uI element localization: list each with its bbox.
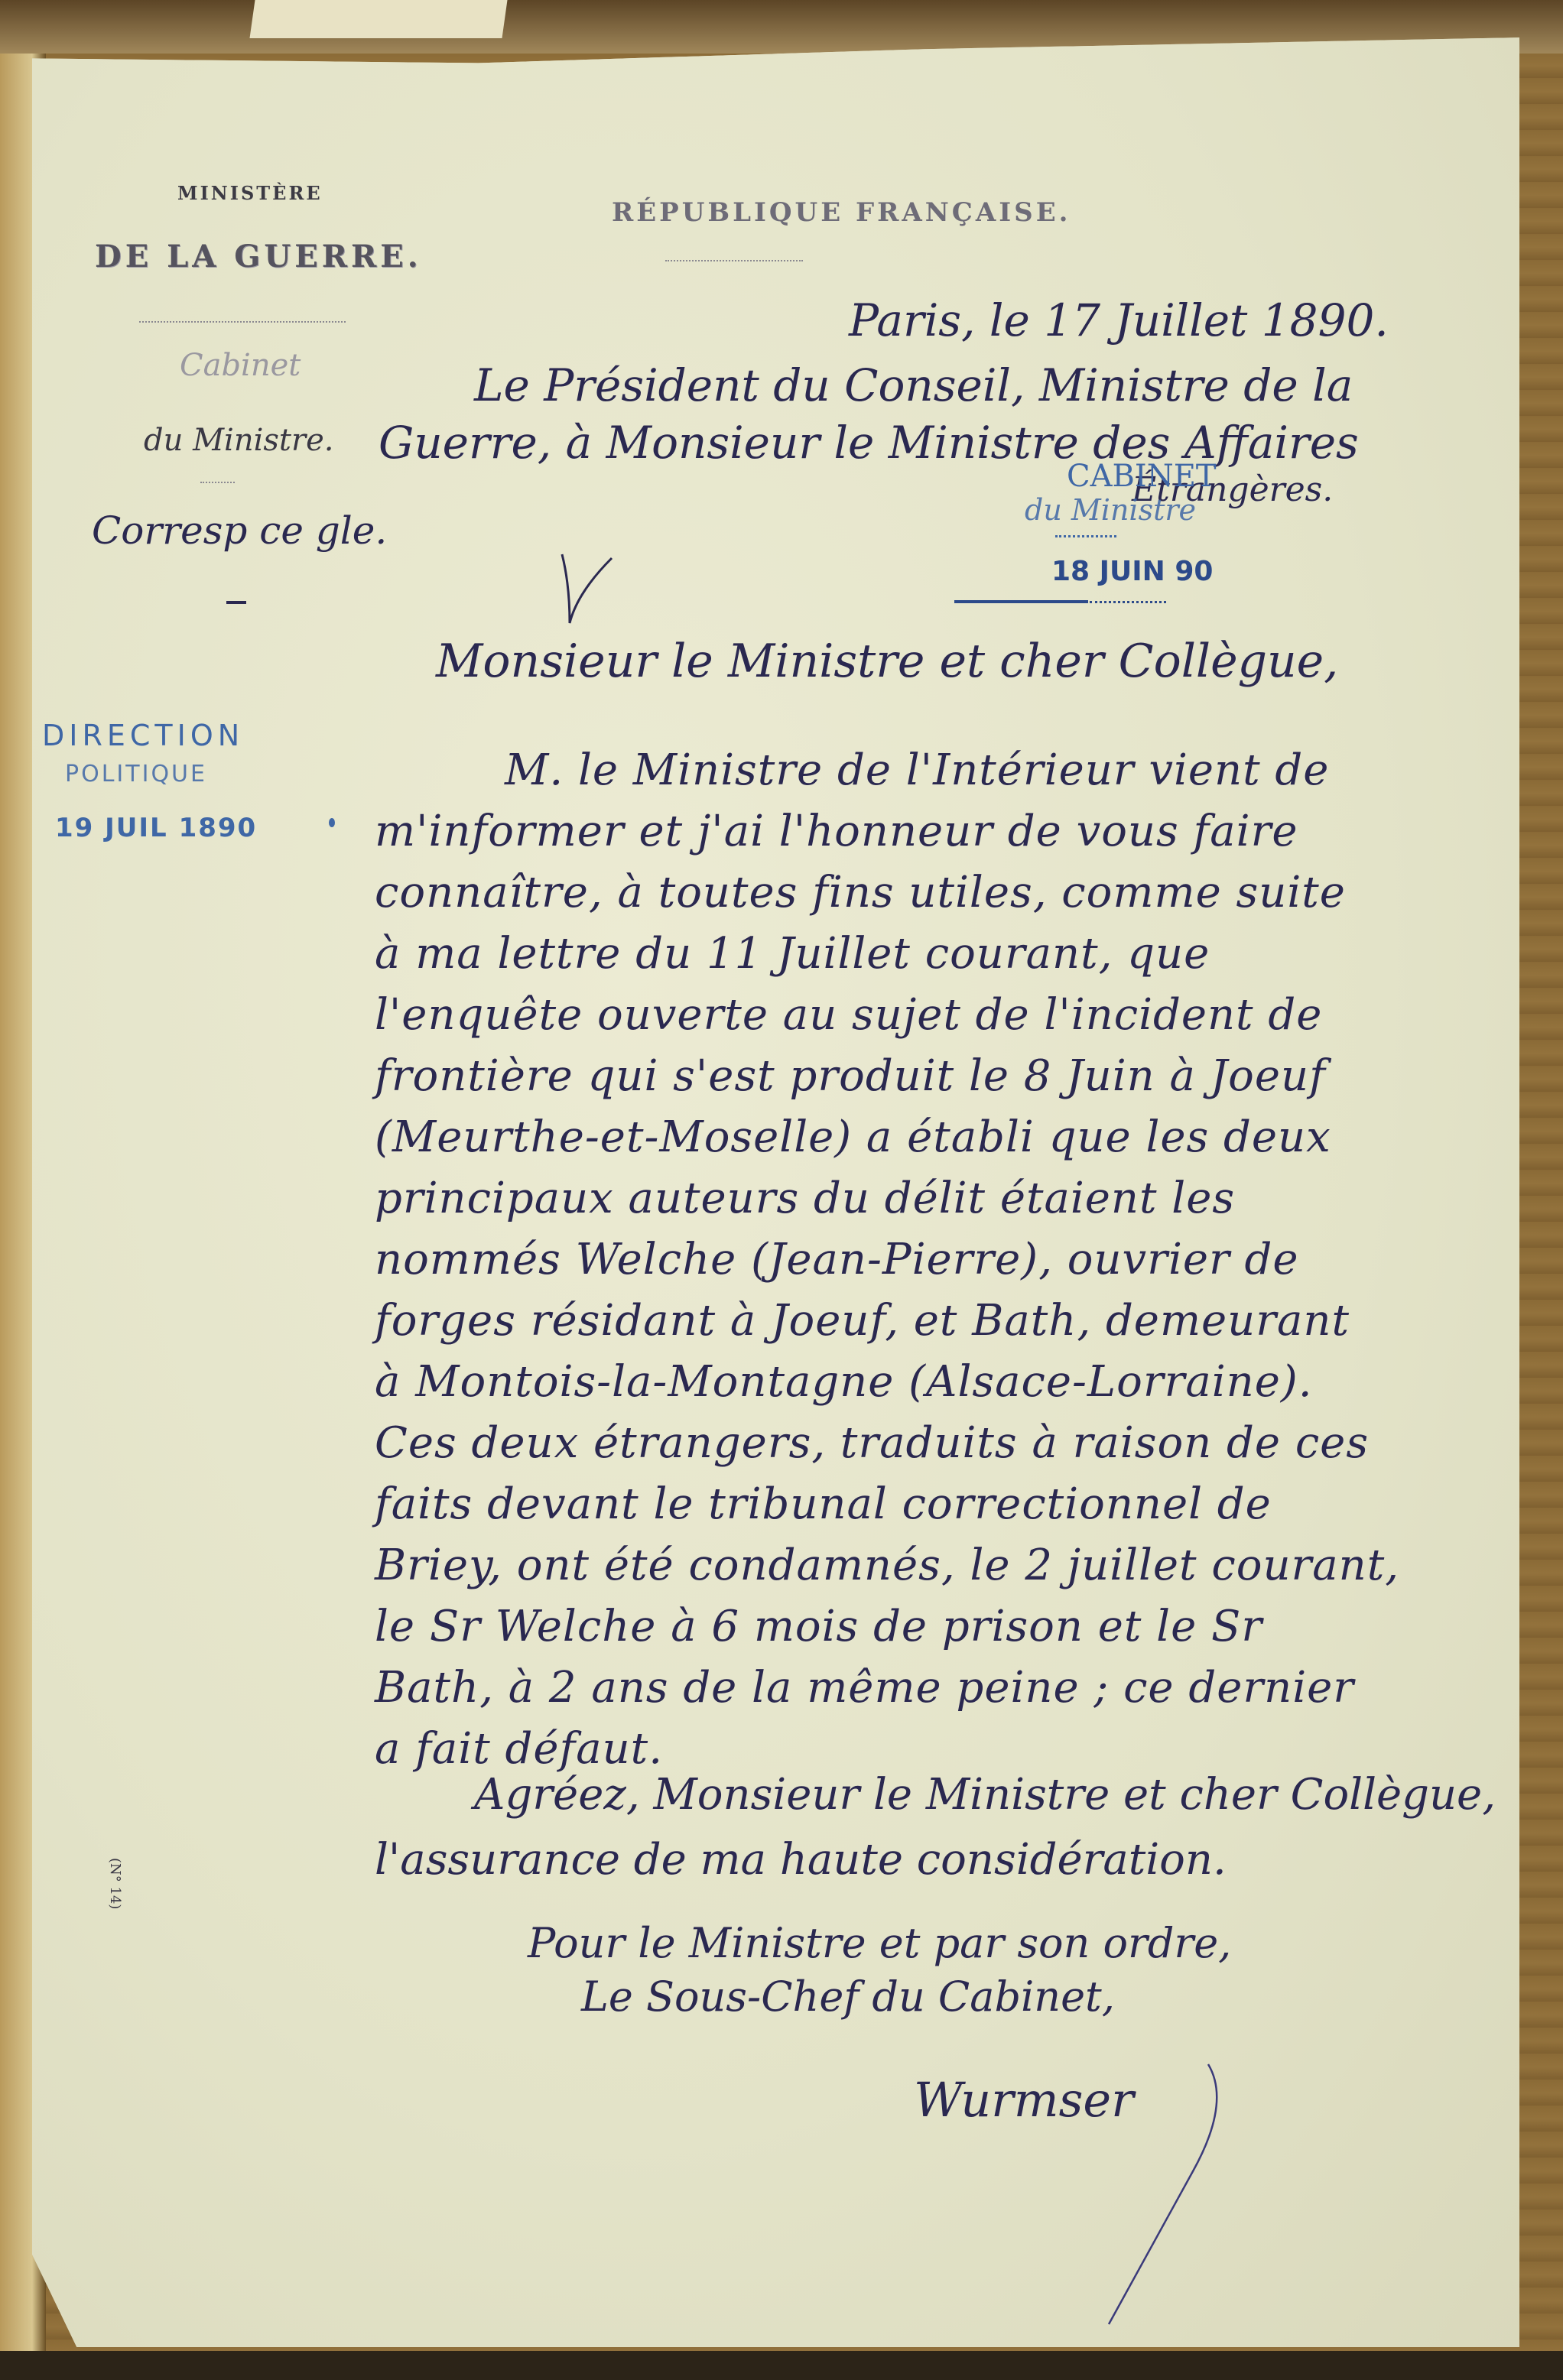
republique-rule	[665, 260, 803, 261]
closing-line-1: Agréez, Monsieur le Ministre et cher Col…	[474, 1770, 1496, 1820]
signature-flourish-icon	[979, 2057, 1285, 2332]
body-line: Briey, ont été condamnés, le 2 juillet c…	[375, 1541, 1399, 1590]
signature-line-2: Le Sous-Chef du Cabinet,	[581, 1973, 1115, 2021]
cabinet-stamp-title: CABINET	[1067, 459, 1217, 494]
direction-stamp-date: 19 JUIL 1890	[55, 813, 257, 843]
letterhead-ministere: MINISTÈRE	[177, 182, 323, 204]
body-line: m'informer et j'ai l'honneur de vous fai…	[375, 807, 1298, 856]
body-line: à ma lettre du 11 Juillet courant, que	[375, 929, 1210, 979]
direction-stamp-title: DIRECTION	[42, 719, 244, 752]
cabinet-stamp-dots	[1055, 535, 1116, 537]
body-line: (Meurthe-et-Moselle) a établi que les de…	[375, 1112, 1331, 1162]
reference-dash	[226, 601, 246, 604]
body-line: faits devant le tribunal correctionnel d…	[375, 1479, 1272, 1529]
date-line: Paris, le 17 Juillet 1890.	[849, 294, 1389, 346]
checkmark-icon	[547, 539, 616, 638]
margin-note: (N° 14)	[107, 1858, 123, 1909]
cabinet-stamp-underline-dots	[1090, 601, 1166, 603]
cabinet-stamp-subtitle: du Ministre	[1025, 493, 1196, 527]
letterhead-de-la-guerre: DE LA GUERRE.	[95, 239, 422, 274]
body-line: l'enquête ouverte au sujet de l'incident…	[375, 990, 1322, 1040]
letterhead-du-ministre: du Ministre.	[144, 423, 334, 458]
letterhead-republique: RÉPUBLIQUE FRANÇAISE.	[612, 197, 1071, 228]
body-line: à Montois-la-Montagne (Alsace-Lorraine).	[375, 1357, 1313, 1407]
cabinet-stamp-underline	[954, 600, 1088, 603]
body-line: connaître, à toutes fins utiles, comme s…	[375, 868, 1346, 917]
salutation: Monsieur le Ministre et cher Collègue,	[436, 635, 1338, 688]
signature-line-1: Pour le Ministre et par son ordre,	[528, 1919, 1231, 1967]
body-line: M. le Ministre de l'Intérieur vient de	[505, 745, 1329, 795]
closing-line-2: l'assurance de ma haute considération.	[375, 1835, 1227, 1885]
letterhead-short-rule	[200, 482, 235, 483]
reference-note: Corresp ce gle.	[92, 508, 387, 553]
address-line-1: Le Président du Conseil, Ministre de la	[474, 359, 1353, 411]
ink-dot	[329, 818, 335, 827]
cabinet-stamp-date: 18 JUIN 90	[1051, 556, 1213, 587]
body-line: forges résidant à Joeuf, et Bath, demeur…	[375, 1296, 1350, 1346]
body-line: le Sr Welche à 6 mois de prison et le Sr	[375, 1602, 1262, 1651]
bottom-shadow	[0, 2351, 1563, 2380]
body-line: Ces deux étrangers, traduits à raison de…	[375, 1418, 1369, 1468]
letterhead-rule	[139, 321, 346, 323]
letterhead-cabinet: Cabinet	[180, 348, 301, 383]
body-line: principaux auteurs du délit étaient les	[375, 1174, 1235, 1223]
direction-stamp-subtitle: POLITIQUE	[65, 761, 207, 787]
body-line: a fait défaut.	[375, 1724, 663, 1774]
body-line: frontière qui s'est produit le 8 Juin à …	[375, 1051, 1326, 1101]
body-line: nommés Welche (Jean-Pierre), ouvrier de	[375, 1235, 1299, 1284]
body-line: Bath, à 2 ans de la même peine ; ce dern…	[375, 1663, 1354, 1713]
